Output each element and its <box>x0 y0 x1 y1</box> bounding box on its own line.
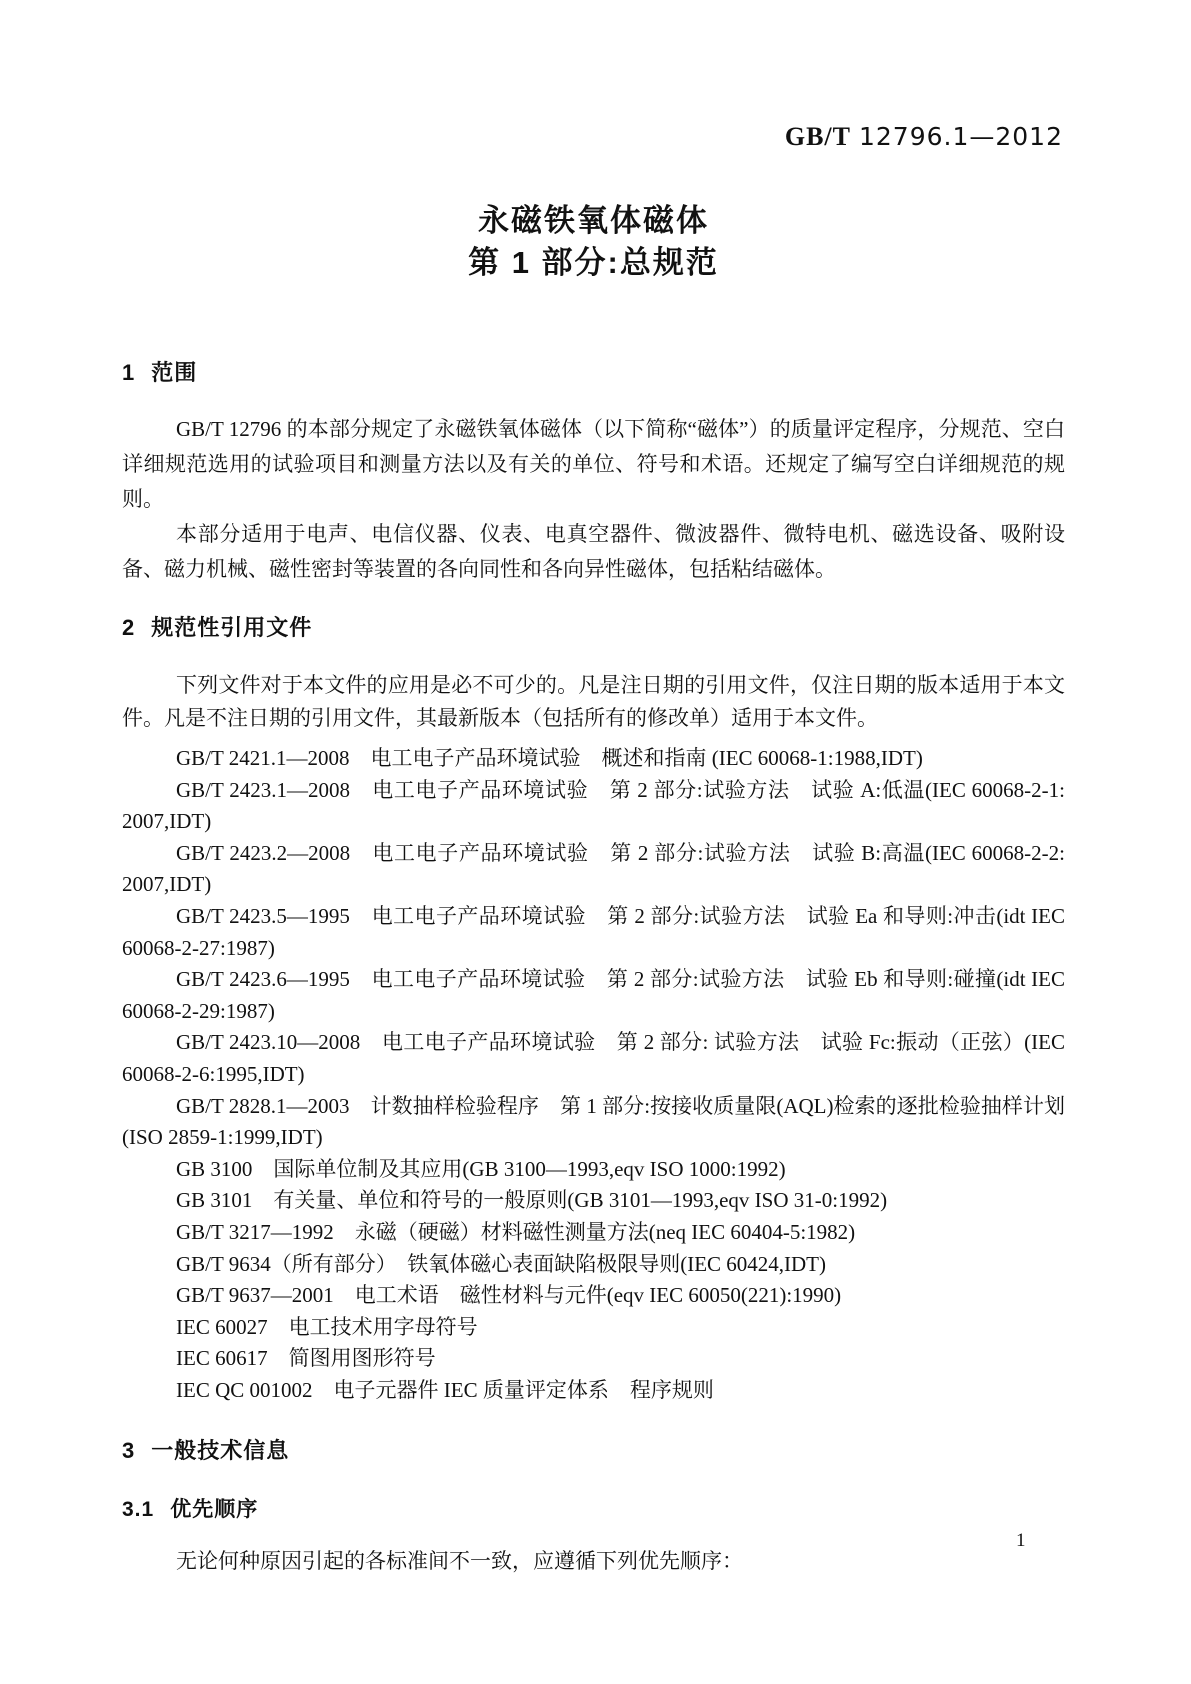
section-2-number: 2 <box>122 615 135 640</box>
document-page: GB/T12796.1—2012 永磁铁氧体磁体 第 1 部分:总规范 1 范围… <box>0 0 1191 1684</box>
reference-list: GB/T 2421.1—2008 电工电子产品环境试验 概述和指南 (IEC 6… <box>122 743 1065 1406</box>
reference-item: GB/T 2828.1—2003 计数抽样检验程序 第 1 部分:按接收质量限(… <box>122 1091 1065 1154</box>
reference-item: GB/T 9634（所有部分） 铁氧体磁心表面缺陷极限导则(IEC 60424,… <box>122 1249 1065 1281</box>
reference-item: GB/T 2423.10—2008 电工电子产品环境试验 第 2 部分: 试验方… <box>122 1027 1065 1090</box>
reference-item: GB/T 2423.5—1995 电工电子产品环境试验 第 2 部分:试验方法 … <box>122 901 1065 964</box>
reference-item: GB 3101 有关量、单位和符号的一般原则(GB 3101—1993,eqv … <box>122 1185 1065 1217</box>
section-3-heading: 3 一般技术信息 <box>122 1438 1065 1463</box>
section-1-paragraph-2: 本部分适用于电声、电信仪器、仪表、电真空器件、微波器件、微特电机、磁选设备、吸附… <box>122 517 1065 587</box>
reference-item: GB 3100 国际单位制及其应用(GB 3100—1993,eqv ISO 1… <box>122 1154 1065 1186</box>
reference-item: GB/T 9637—2001 电工术语 磁性材料与元件(eqv IEC 6005… <box>122 1280 1065 1312</box>
section-1-number: 1 <box>122 360 135 385</box>
reference-item: GB/T 2421.1—2008 电工电子产品环境试验 概述和指南 (IEC 6… <box>122 743 1065 775</box>
section-3-1-paragraph: 无论何种原因引起的各标准间不一致，应遵循下列优先顺序： <box>122 1544 1065 1578</box>
section-1-heading: 1 范围 <box>122 360 1065 385</box>
section-3-label: 一般技术信息 <box>151 1438 289 1463</box>
reference-item: GB/T 2423.1—2008 电工电子产品环境试验 第 2 部分:试验方法 … <box>122 775 1065 838</box>
page-number: 1 <box>1016 1530 1026 1552</box>
reference-item: GB/T 2423.2—2008 电工电子产品环境试验 第 2 部分:试验方法 … <box>122 838 1065 901</box>
document-content: 永磁铁氧体磁体 第 1 部分:总规范 1 范围 GB/T 12796 的本部分规… <box>0 0 1191 1578</box>
reference-item: GB/T 2423.6—1995 电工电子产品环境试验 第 2 部分:试验方法 … <box>122 964 1065 1027</box>
standard-prefix: GB/T <box>785 122 851 151</box>
standard-number: 12796.1—2012 <box>859 122 1063 151</box>
section-1-label: 范围 <box>151 360 197 385</box>
section-2-label: 规范性引用文件 <box>151 615 312 640</box>
document-title-line1: 永磁铁氧体磁体 <box>122 200 1065 242</box>
section-1-paragraph-1: GB/T 12796 的本部分规定了永磁铁氧体磁体（以下简称“磁体”）的质量评定… <box>122 412 1065 517</box>
standard-code-header: GB/T12796.1—2012 <box>785 122 1063 152</box>
section-2-intro: 下列文件对于本文件的应用是必不可少的。凡是注日期的引用文件，仅注日期的版本适用于… <box>122 669 1065 735</box>
section-3-1-number: 3.1 <box>122 1497 154 1522</box>
section-3-number: 3 <box>122 1438 135 1463</box>
section-3-1-label: 优先顺序 <box>170 1497 258 1522</box>
section-2-heading: 2 规范性引用文件 <box>122 615 1065 640</box>
document-title-line2: 第 1 部分:总规范 <box>122 242 1065 284</box>
reference-item: IEC QC 001002 电子元器件 IEC 质量评定体系 程序规则 <box>122 1375 1065 1407</box>
reference-item: GB/T 3217—1992 永磁（硬磁）材料磁性测量方法(neq IEC 60… <box>122 1217 1065 1249</box>
reference-item: IEC 60617 简图用图形符号 <box>122 1343 1065 1375</box>
reference-item: IEC 60027 电工技术用字母符号 <box>122 1312 1065 1344</box>
section-3-1-heading: 3.1 优先顺序 <box>122 1497 1065 1522</box>
